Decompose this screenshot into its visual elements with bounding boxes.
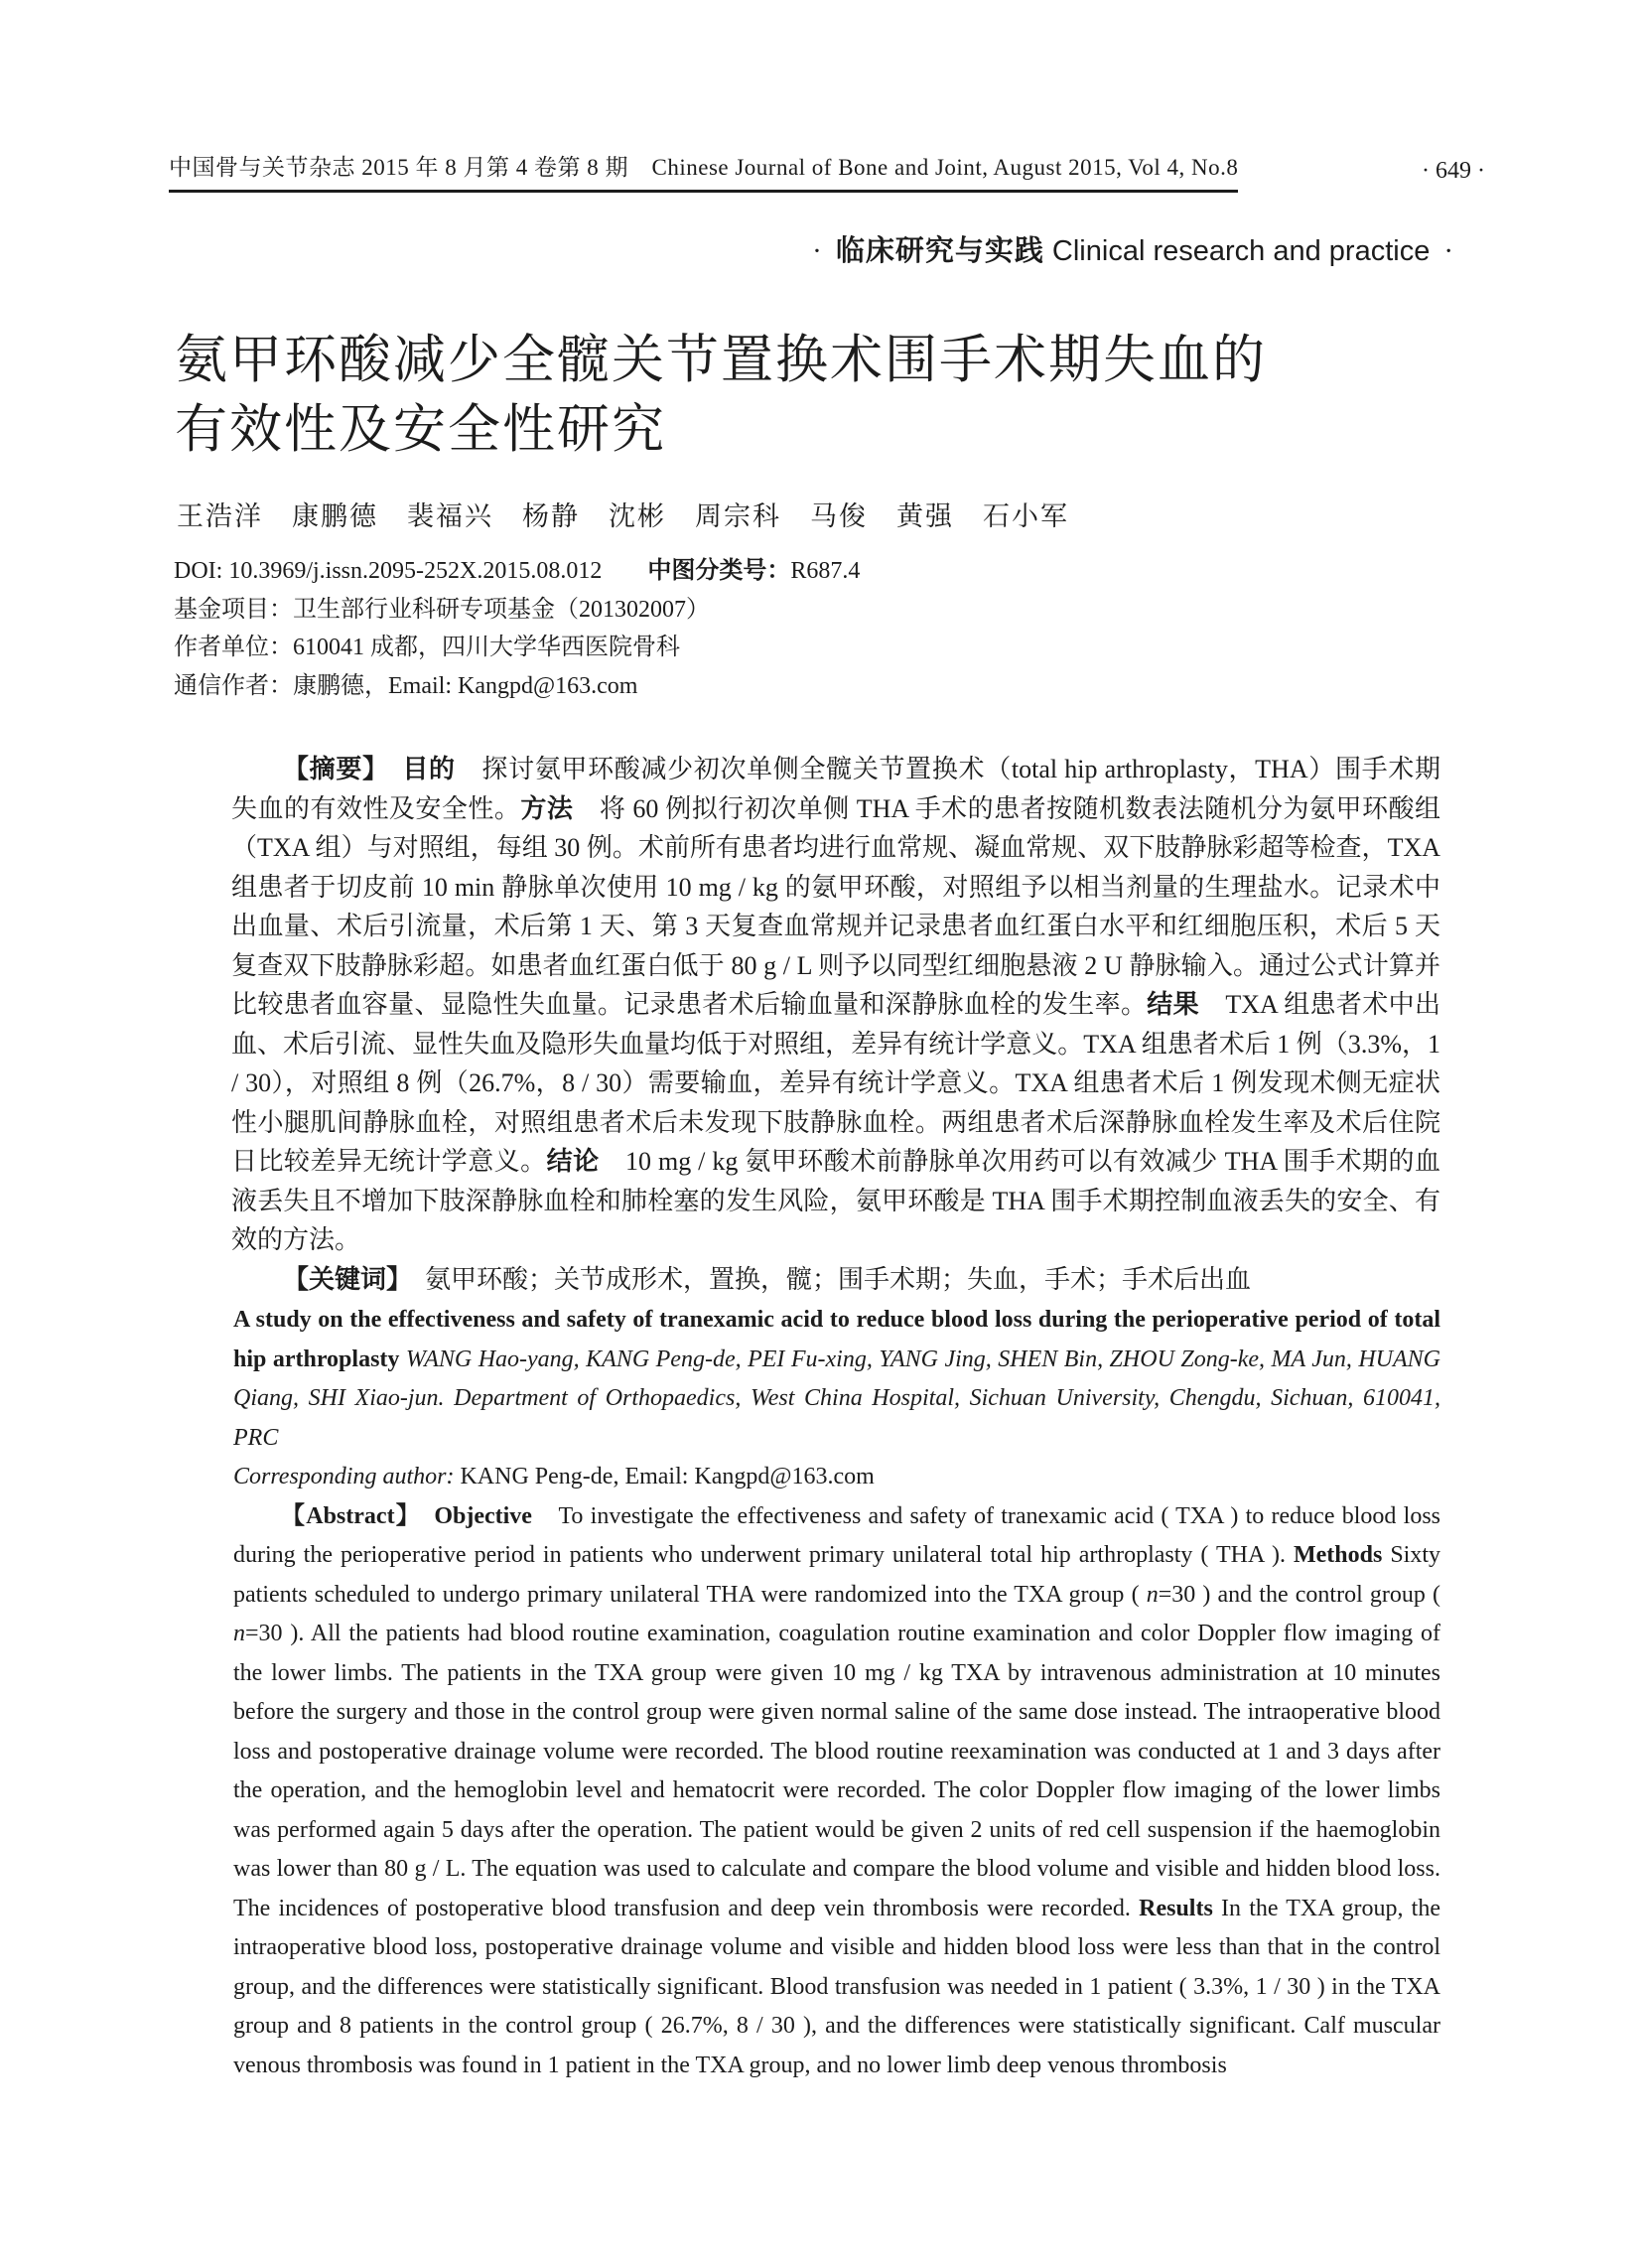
english-abstract-paragraph: 【Abstract】 Objective To investigate the … xyxy=(233,1497,1440,2086)
abstract-zh-block: 【摘要】 目的 探讨氨甲环酸减少初次单侧全髋关节置换术（total hip ar… xyxy=(231,750,1440,1299)
english-title-authors: A study on the effectiveness and safety … xyxy=(233,1301,1440,1458)
article-title-line2: 有效性及安全性研究 xyxy=(175,395,1267,465)
article-title: 氨甲环酸减少全髋关节置换术围手术期失血的 有效性及安全性研究 xyxy=(175,326,1267,465)
article-title-line1: 氨甲环酸减少全髋关节置换术围手术期失血的 xyxy=(175,326,1267,395)
fund-line: 基金项目：卫生部行业科研专项基金（201302007） xyxy=(174,591,860,630)
section-label: ·临床研究与实践 Clinical research and practice· xyxy=(798,228,1467,269)
section-label-zh: 临床研究与实践 xyxy=(836,235,1044,267)
page-number: · 649 · xyxy=(1422,158,1485,193)
abstract-zh-paragraph: 【摘要】 目的 探讨氨甲环酸减少初次单侧全髋关节置换术（total hip ar… xyxy=(231,750,1440,1260)
section-label-dot-right: · xyxy=(1443,235,1453,267)
doi-clc-line: DOI: 10.3969/j.issn.2095-252X.2015.08.01… xyxy=(174,552,860,591)
section-label-dot-left: · xyxy=(812,235,822,267)
affiliation-line: 作者单位：610041 成都，四川大学华西医院骨科 xyxy=(174,629,860,667)
doi-value: DOI: 10.3969/j.issn.2095-252X.2015.08.01… xyxy=(174,558,602,584)
page-header: 中国骨与关节杂志 2015 年 8 月第 4 卷第 8 期 Chinese Jo… xyxy=(169,149,1485,193)
english-section: A study on the effectiveness and safety … xyxy=(233,1301,1440,2085)
journal-page: 中国骨与关节杂志 2015 年 8 月第 4 卷第 8 期 Chinese Jo… xyxy=(0,0,1642,2268)
keywords-zh-line: 【关键词】 氨甲环酸；关节成形术，置换，髋；围手术期；失血，手术；手术后出血 xyxy=(231,1260,1440,1300)
journal-issue-line: 中国骨与关节杂志 2015 年 8 月第 4 卷第 8 期 Chinese Jo… xyxy=(169,149,1238,193)
clc-label: 中图分类号： xyxy=(647,557,790,584)
clc-value: R687.4 xyxy=(790,558,860,584)
correspondence-line: 通信作者：康鹏德，Email: Kangpd@163.com xyxy=(174,667,860,706)
english-corresponding-line: Corresponding author: KANG Peng-de, Emai… xyxy=(233,1458,1440,1497)
authors-zh: 王浩洋 康鹏德 裴福兴 杨静 沈彬 周宗科 马俊 黄强 石小军 xyxy=(177,495,1069,533)
meta-block: DOI: 10.3969/j.issn.2095-252X.2015.08.01… xyxy=(174,552,860,705)
section-label-en: Clinical research and practice xyxy=(1052,235,1430,267)
